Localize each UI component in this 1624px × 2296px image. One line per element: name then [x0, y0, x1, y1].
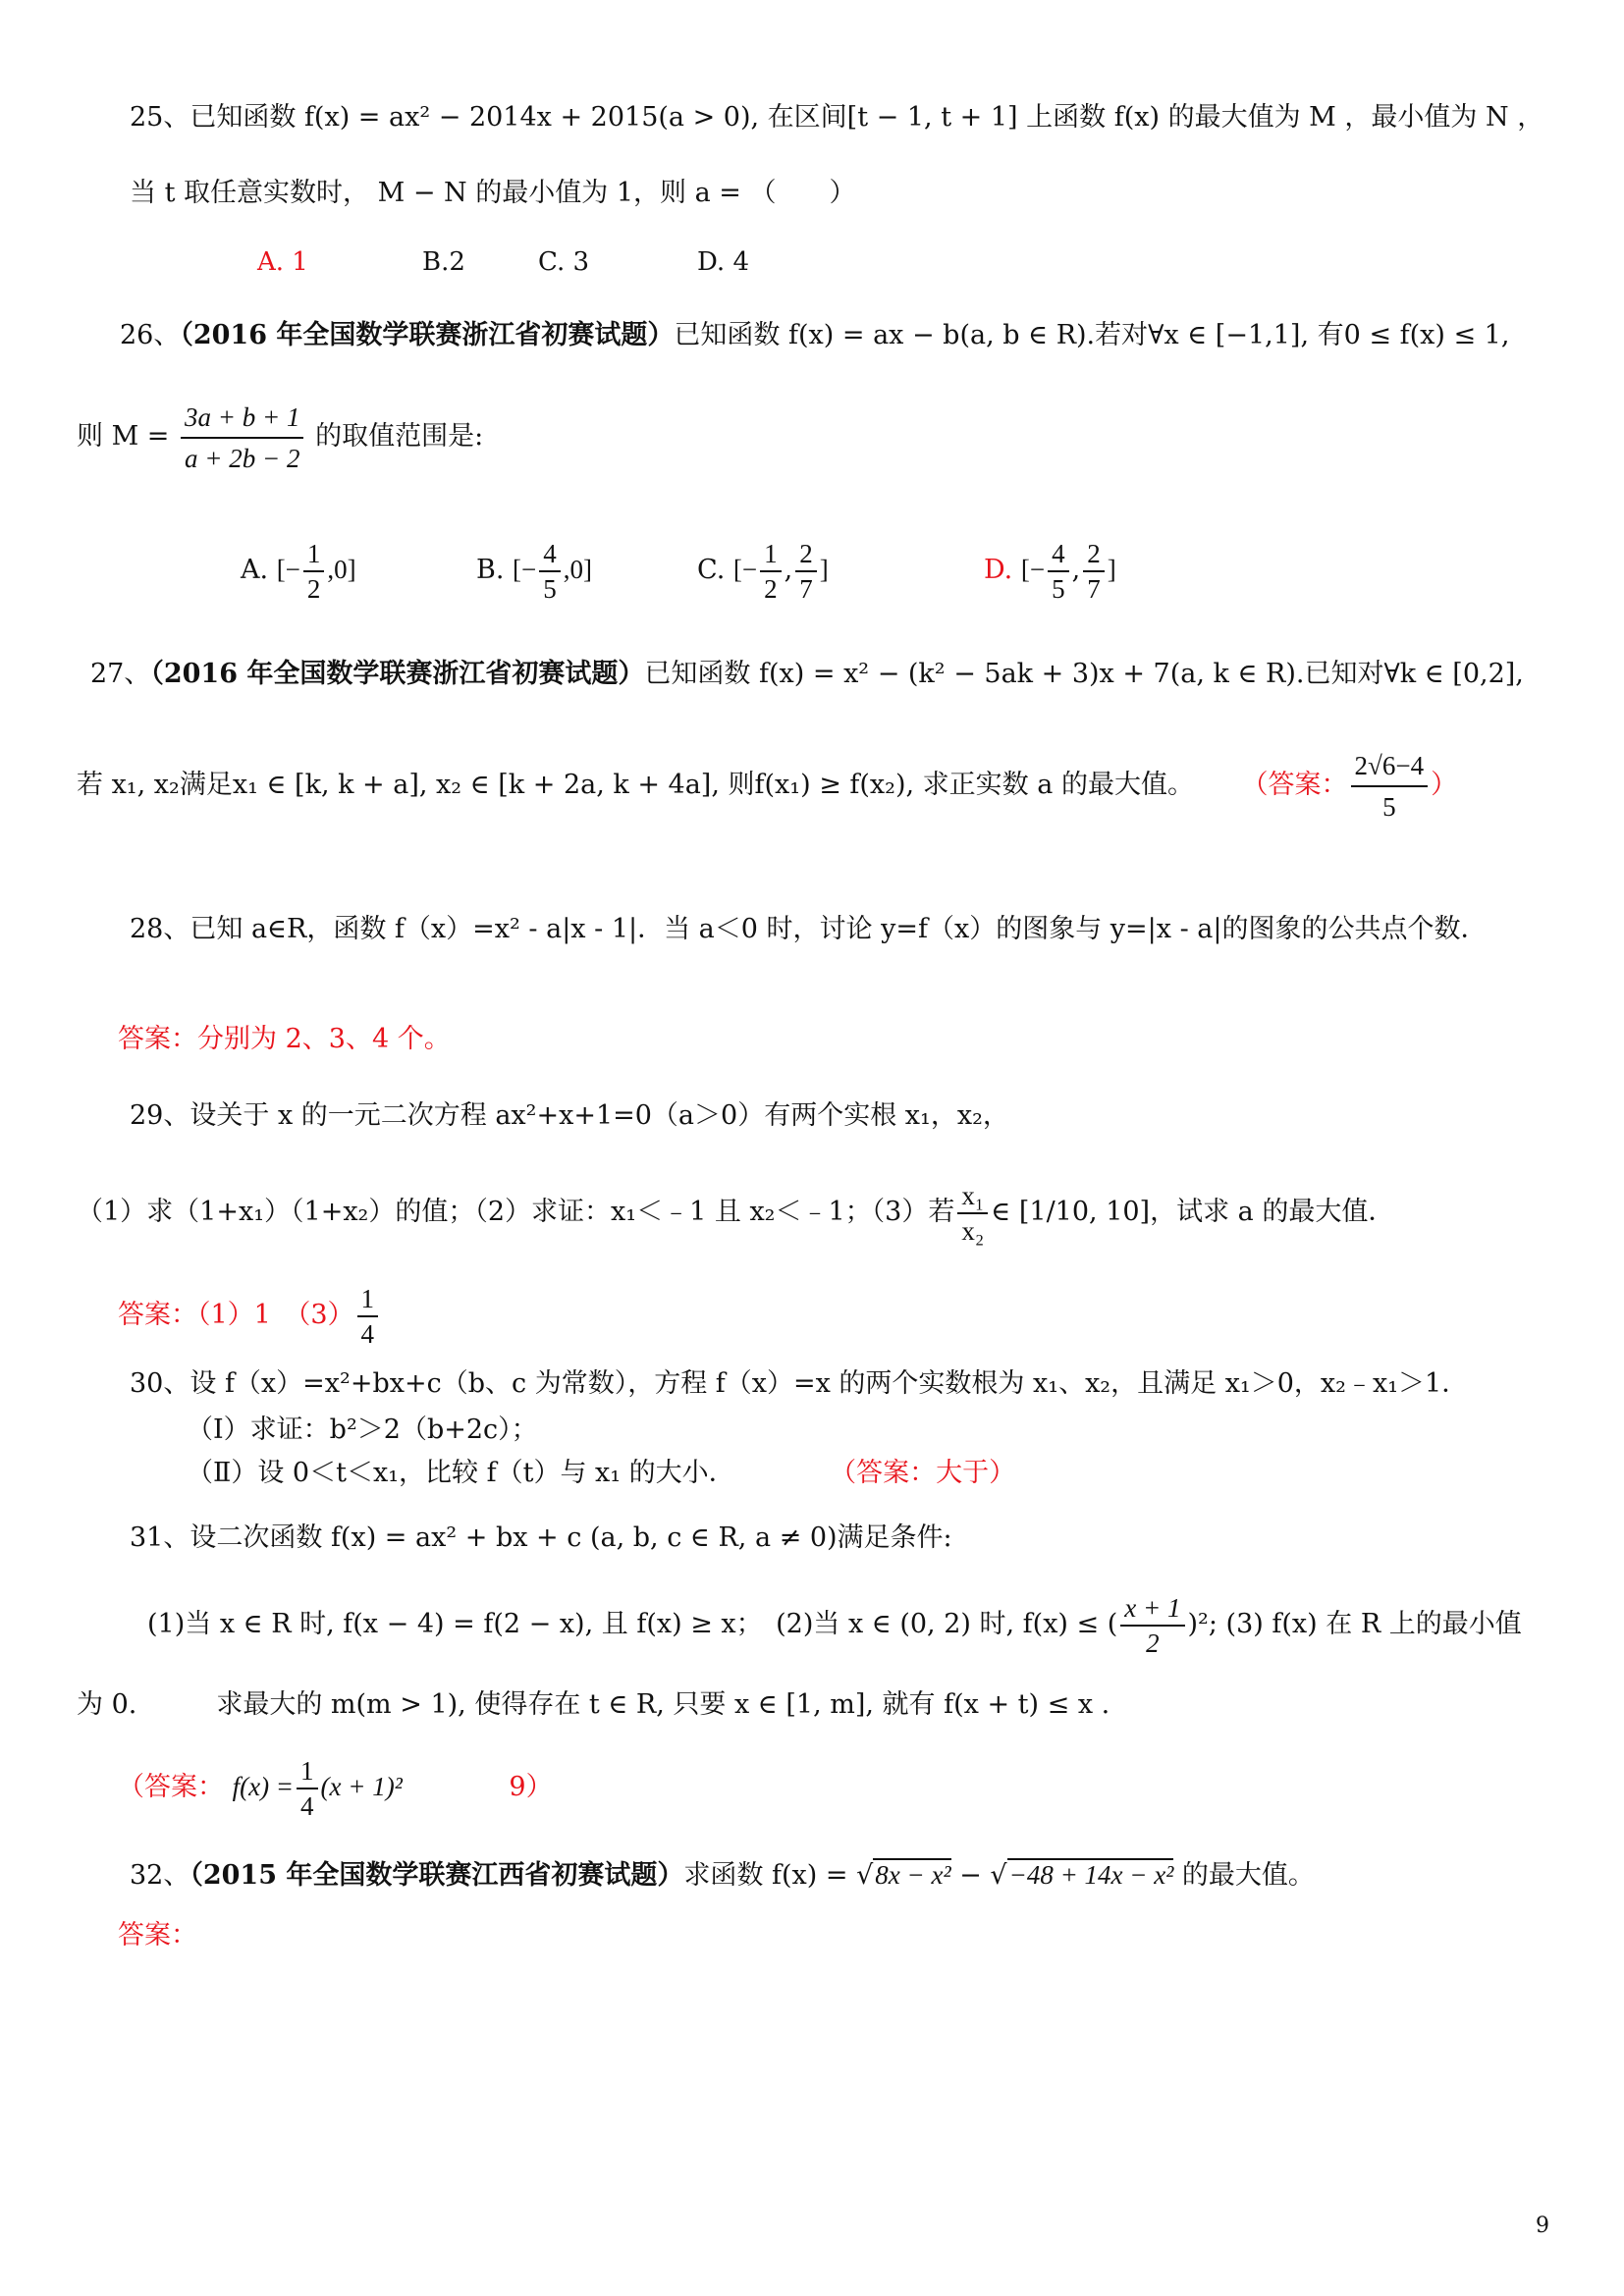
q25-option-d: D. 4: [697, 247, 749, 277]
q27-answer: （答案：2√6−45）: [1242, 770, 1458, 800]
q26-option-d: D. [−45,27]: [984, 530, 1116, 610]
q25-line2: 当 t 取任意实数时， M − N 的最小值为 1，则 a = （ ）: [130, 177, 855, 210]
q25-option-b: B.2: [422, 247, 465, 277]
q27-text: 已知函数 f(x) = x² − (k² − 5ak + 3)x + 7(a, …: [644, 659, 1523, 689]
q32-source: （2015 年全国数学联赛江西省初赛试题）: [189, 1860, 683, 1891]
q27-line1: 27、（2016 年全国数学联赛浙江省初赛试题）已知函数 f(x) = x² −…: [90, 658, 1524, 691]
q27-source: （2016 年全国数学联赛浙江省初赛试题）: [150, 659, 644, 689]
q29-line1: 29、设关于 x 的一元二次方程 ax²+x+1=0（a＞0）有两个实根 x₁，…: [130, 1099, 1009, 1133]
q26-number: 26、: [120, 320, 180, 350]
q30-line3: （Ⅱ）设 0＜t＜x₁，比较 f（t）与 x₁ 的大小．（答案：大于）: [187, 1457, 1015, 1490]
q29-interval: ∈ [1/10, 10]: [991, 1197, 1150, 1227]
q26-option-b: B. [−45,0]: [476, 530, 592, 610]
q27-number: 27、: [90, 659, 150, 689]
q28-question: 28、已知 a∈R，函数 f（x）=x² - a|x - 1|．当 a＜0 时，…: [130, 913, 1487, 946]
q26-source: （2016 年全国数学联赛浙江省初赛试题）: [180, 320, 674, 350]
q27-line2: 若 x₁, x₂满足x₁ ∈ [k, k + a], x₂ ∈ [k + 2a,…: [77, 746, 1457, 825]
q26-text: 已知函数 f(x) = ax − b(a, b ∈ R).若对∀x ∈ [−1,…: [674, 320, 1509, 350]
q32-answer: 答案：: [118, 1919, 197, 1952]
q25-line1: 25、已知函数 f(x) = ax² − 2014x + 2015(a > 0)…: [130, 101, 1543, 134]
q31-line3: 为 0. 求最大的 m(m > 1), 使得存在 t ∈ R, 只要 x ∈ […: [77, 1688, 1110, 1722]
q31-answer: （答案： f(x) =14(x + 1)² 9）: [118, 1747, 553, 1827]
q30-line1: 30、设 f（x）=x²+bx+c（b、c 为常数），方程 f（x）=x 的两个…: [130, 1367, 1468, 1401]
q26-option-c: C. [−12,27]: [697, 530, 829, 610]
q29-answer: 答案：（1）1 （3）14: [118, 1276, 381, 1355]
q26-line1: 26、（2016 年全国数学联赛浙江省初赛试题）已知函数 f(x) = ax −…: [120, 319, 1509, 352]
q28-answer: 答案：分别为 2、3、4 个。: [118, 1023, 451, 1056]
q30-line2: （Ⅰ）求证：b²＞2（b+2c）；: [187, 1414, 538, 1447]
q26-m-label: 则 M =: [77, 421, 169, 452]
q31-line1: 31、设二次函数 f(x) = ax² + bx + c (a, b, c ∈ …: [130, 1522, 952, 1555]
q31-line2: (1)当 x ∈ R 时, f(x − 4) = f(2 − x), 且 f(x…: [147, 1585, 1522, 1664]
q26-range-label: 的取值范围是:: [315, 421, 483, 452]
q25-option-a: A. 1: [257, 247, 308, 277]
page-number: 9: [1536, 2214, 1549, 2238]
q25-option-c: C. 3: [538, 247, 589, 277]
q26-m-fraction: 3a + b + 1a + 2b − 2: [181, 400, 303, 476]
q29-line2: （1）求（1+x₁）（1+x₂）的值；（2）求证：x₁＜﹣1 且 x₂＜﹣1；（…: [77, 1173, 1394, 1252]
q32-question: 32、（2015 年全国数学联赛江西省初赛试题）求函数 f(x) = √8x −…: [130, 1858, 1315, 1893]
q26-option-a: A. [−12,0]: [241, 530, 356, 610]
q26-line2: 则 M = 3a + b + 1a + 2b − 2 的取值范围是:: [77, 398, 483, 476]
q30-answer: （答案：大于）: [843, 1458, 1016, 1488]
